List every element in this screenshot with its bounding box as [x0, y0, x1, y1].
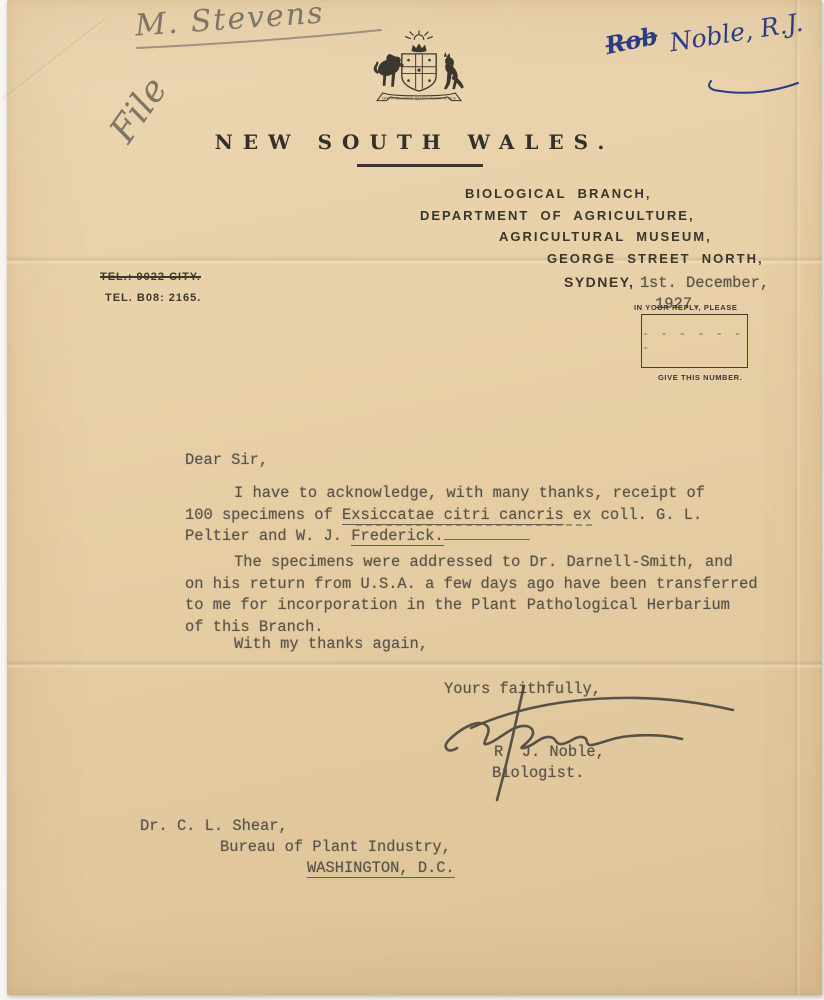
tel-new: TEL. B08: 2165.	[105, 292, 201, 304]
signer-name: R. J. Noble,	[494, 743, 605, 761]
collector-name: Frederick.	[351, 527, 443, 546]
motto-text: ORTA RECENS QUAM PURA NITES	[382, 95, 456, 100]
corner-crease	[2, 18, 107, 101]
letterhead-line-department: DEPARTMENT OF AGRICULTURE,	[420, 208, 695, 223]
city-label: SYDNEY,	[564, 274, 640, 290]
reply-note-top: IN YOUR REPLY, PLEASE	[634, 303, 737, 312]
recipient-name: Dr. C. L. Shear,	[140, 817, 288, 835]
handwritten-crossed-out-rob: Rob	[603, 21, 661, 60]
fold-crease-bottom	[7, 660, 822, 669]
salutation: Dear Sir,	[185, 451, 268, 469]
dateline: SYDNEY, 1st. December,	[564, 274, 769, 292]
handwritten-name-noble: Noble, R.J.	[668, 8, 805, 58]
recipient-city: WASHINGTON, D.C.	[307, 859, 455, 878]
typed-underline-tail	[444, 527, 530, 540]
pencil-dashed-underline	[356, 508, 592, 526]
coat-of-arms-icon: ORTA RECENS QUAM PURA NITES	[359, 30, 479, 114]
signer-title: Biologist.	[492, 764, 584, 782]
reply-number-box: - - - - - - -	[641, 314, 748, 368]
crown-icon	[411, 43, 426, 52]
para1-line2-pre: 100 specimens of	[185, 506, 342, 524]
para1-line1: I have to acknowledge, with many thanks,…	[234, 484, 705, 502]
reply-note-bottom: GIVE THIS NUMBER.	[658, 373, 742, 382]
para1-line3: Peltier and W. J. Frederick.	[185, 527, 530, 545]
valediction: Yours faithfully,	[444, 680, 601, 698]
closing-thanks: With my thanks again,	[234, 635, 428, 653]
letterhead-line-branch: BIOLOGICAL BRANCH,	[465, 186, 652, 201]
lion-icon	[374, 54, 404, 87]
shield-icon	[402, 54, 436, 91]
recipient-bureau: Bureau of Plant Industry,	[220, 838, 451, 856]
para2-line1: The specimens were addressed to Dr. Darn…	[234, 553, 733, 571]
reply-number-dashes: - - - - - - -	[642, 327, 747, 355]
letter-page: ORTA RECENS QUAM PURA NITES NEW SOUTH WA…	[7, 0, 822, 995]
letterhead-line-museum: AGRICULTURAL MUSEUM,	[499, 229, 712, 244]
tel-old: TEL.: 9022 CITY.	[100, 271, 201, 283]
letterhead-line-street: GEORGE STREET NORTH,	[547, 251, 764, 266]
title-rule	[357, 164, 483, 167]
para2-line2: on his return from U.S.A. a few days ago…	[185, 575, 758, 593]
noble-underline-flourish	[702, 76, 802, 98]
para2-line4: of this Branch.	[185, 618, 324, 636]
para1-line3-pre: Peltier and W. J.	[185, 527, 351, 545]
kangaroo-icon	[444, 52, 464, 89]
handwritten-name-stevens: M. Stevens	[134, 0, 326, 44]
para2-line3: to me for incorporation in the Plant Pat…	[185, 596, 730, 614]
sun-icon	[414, 35, 424, 40]
typed-date: 1st. December,	[640, 274, 769, 292]
